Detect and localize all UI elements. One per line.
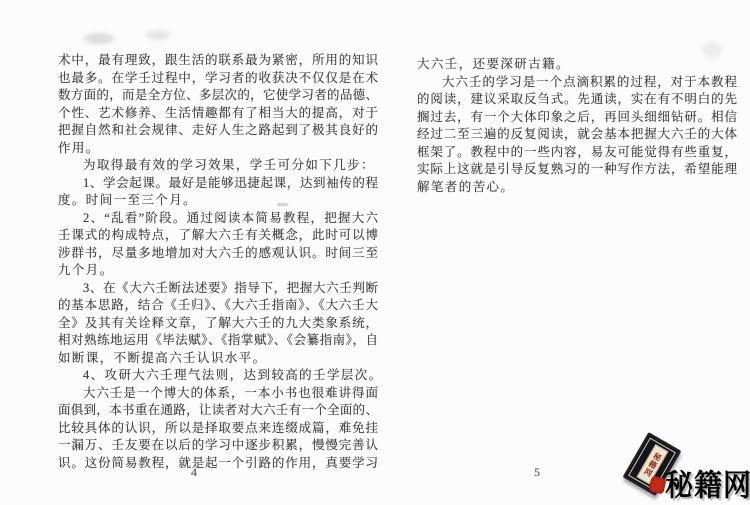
text-line: 术中，最有理致，跟生活的联系最为紧密，所用的知识 bbox=[58, 52, 378, 70]
text-line: 作用。 bbox=[58, 140, 378, 158]
text-line: 把握自然和社会规律、走好人生之路起到了极其良好的 bbox=[58, 122, 378, 140]
text-line: 4、攻研大六壬理气法则，达到较高的壬学层次。 bbox=[58, 367, 378, 385]
text-line: 3、在《大六壬断法述要》指导下，把握大六壬判断 bbox=[58, 280, 378, 298]
watermark-site-name: 秘籍网 bbox=[665, 462, 750, 505]
left-page-number: 4 bbox=[191, 465, 197, 480]
text-line: 个性、艺术修养、生活情趣都有了相当大的提高，对于 bbox=[58, 105, 378, 123]
scan-smudge bbox=[84, 33, 114, 44]
text-line: 大六壬，还要深研古籍。 bbox=[417, 56, 737, 74]
text-line: 全》及其有关诠释文章，了解大六壬的九大类象系统， bbox=[58, 315, 378, 333]
text-line: 一漏万、壬友要在以后的学习中逐步积累，慢慢完善认 bbox=[58, 437, 378, 455]
text-line: 如断课，不断提高六壬认识水平。 bbox=[58, 350, 378, 368]
red-seal-icon bbox=[649, 476, 667, 495]
text-line: 实际上这就是引导反复熟习的一种写作方法，希望能理 bbox=[417, 161, 737, 179]
text-line: 搁过去，有一个大体印象之后，再回头细细钻研。相信 bbox=[417, 109, 737, 127]
text-line: 壬课式的构成特点，了解大六壬有关概念，此时可以博 bbox=[58, 227, 378, 245]
text-line: 数方面的，而是全方位、多层次的，它使学习者的品德、 bbox=[58, 87, 378, 105]
text-line: 面俱到，本书重在通路，让读者对大六壬有一个全面的、 bbox=[58, 402, 378, 420]
text-line: 解笔者的苦心。 bbox=[417, 179, 737, 197]
text-line: 为取得最有效的学习效果，学壬可分如下几步： bbox=[58, 157, 378, 175]
text-line: 经过二至三遍的反复阅读，就会基本把握大六壬的大体 bbox=[417, 126, 737, 144]
book-label-text: 秘籍网 bbox=[642, 451, 662, 478]
text-line: 的基本思路，结合《壬归》、《大六壬指南》、《大六壬大 bbox=[58, 297, 378, 315]
text-line: 识。这份简易教程，就是起一个引路的作用，真要学习 bbox=[58, 455, 378, 473]
text-line: 涉群书，尽量多地增加对大六壬的感观认识。时间三至 bbox=[58, 245, 378, 263]
scanned-book-spread: 术中，最有理致，跟生活的联系最为紧密，所用的知识也最多。在学壬过程中，学习者的收… bbox=[0, 0, 750, 505]
right-page-number: 5 bbox=[534, 465, 540, 480]
left-page-text: 术中，最有理致，跟生活的联系最为紧密，所用的知识也最多。在学壬过程中，学习者的收… bbox=[58, 52, 378, 472]
right-page-text: 大六壬，还要深研古籍。大六壬的学习是一个点滴积累的过程，对于本教程的阅读，建议采… bbox=[417, 56, 737, 196]
text-line: 九个月。 bbox=[58, 262, 378, 280]
text-line: 2、“乱看”阶段。通过阅读本简易教程，把握大六 bbox=[58, 210, 378, 228]
text-line: 大六壬的学习是一个点滴积累的过程，对于本教程 bbox=[417, 74, 737, 92]
scan-smudge bbox=[146, 30, 170, 40]
text-line: 比较具体的认识，所以是择取要点来连缀成篇，难免挂 bbox=[58, 420, 378, 438]
text-line: 框架了。教程中的一些内容，易友可能觉得有些重复， bbox=[417, 144, 737, 162]
text-line: 相对熟练地运用《毕法赋》、《指掌赋》、《会纂指南》，自 bbox=[58, 332, 378, 350]
text-line: 也最多。在学壬过程中，学习者的收获决不仅仅是在术 bbox=[58, 70, 378, 88]
text-line: 度。时间一至三个月。 bbox=[58, 192, 378, 210]
text-line: 大六壬是一个博大的体系，一本小书也很难讲得面 bbox=[58, 385, 378, 403]
text-line: 1、学会起课。最好是能够迅捷起课，达到袖传的程 bbox=[58, 175, 378, 193]
text-line: 的阅读，建议采取反刍式。先通读，实在有不明白的先 bbox=[417, 91, 737, 109]
